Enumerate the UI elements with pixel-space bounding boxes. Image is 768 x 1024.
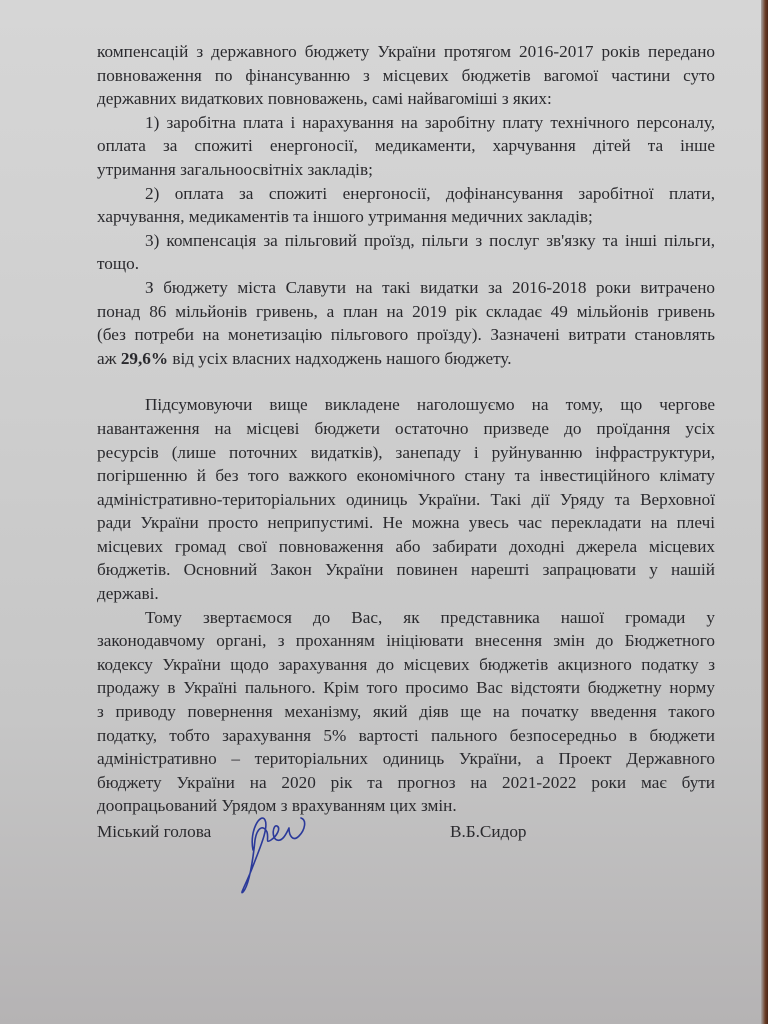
text-line: оплата за спожиті енергоносії, медикамен… — [97, 134, 715, 158]
paragraph-summary: Підсумовуючи вище викладене наголошуємо … — [97, 393, 715, 605]
signature-block: Міський голова В.Б.Сидор — [97, 822, 697, 902]
text-line: аж 29,6% від усіх власних надходжень наш… — [97, 347, 715, 371]
text-line: 1) заробітна плата і нарахування на заро… — [97, 111, 715, 135]
paragraph-intro: компенсацій з державного бюджету України… — [97, 40, 715, 111]
text-line: навантаження на місцеві бюджети остаточн… — [97, 417, 715, 441]
text-line: бюджетів. Основний Закон України повинен… — [97, 558, 715, 582]
signatory-name: В.Б.Сидор — [450, 822, 527, 842]
list-item-1: 1) заробітна плата і нарахування на заро… — [97, 111, 715, 182]
text-line: державних видаткових повноважень, самі н… — [97, 87, 715, 111]
letter-body: компенсацій з державного бюджету України… — [97, 40, 715, 818]
text-line: податку, тобто зарахування 5% вартості п… — [97, 724, 715, 748]
text-line: бюджету України на 2020 рік та прогноз н… — [97, 771, 715, 795]
text-line: 2) оплата за спожиті енергоносії, дофіна… — [97, 182, 715, 206]
paragraph-slavuta-spending: З бюджету міста Славути на такі видатки … — [97, 276, 715, 370]
text-line: харчування, медикаментів та іншого утрим… — [97, 205, 715, 229]
text-line: кодексу України щодо зарахування до місц… — [97, 653, 715, 677]
text-line: місцевих громад свої повноваження або за… — [97, 535, 715, 559]
text-line: продажу в Україні пального. Крім того пр… — [97, 676, 715, 700]
text-line: Тому звертаємося до Вас, як представника… — [97, 606, 715, 630]
text-line: з приводу повернення механізму, який дія… — [97, 700, 715, 724]
text-fragment: аж — [97, 349, 121, 368]
desk-edge — [761, 0, 768, 1024]
text-line: понад 86 мільйонів гривень, а план на 20… — [97, 300, 715, 324]
text-line: доопрацьований Урядом з врахуванням цих … — [97, 794, 715, 818]
text-line: тощо. — [97, 252, 715, 276]
text-line: ради України просто неприпустимі. Не мож… — [97, 511, 715, 535]
text-line: погіршенню й без того важкого економічно… — [97, 464, 715, 488]
text-line: адміністративно – територіальних одиниць… — [97, 747, 715, 771]
text-line: повноваження по фінансуванню з місцевих … — [97, 64, 715, 88]
text-line: Підсумовуючи вище викладене наголошуємо … — [97, 393, 715, 417]
paragraph-spacer — [97, 370, 715, 393]
text-line: 3) компенсація за пільговий проїзд, піль… — [97, 229, 715, 253]
text-line: ресурсів (лише поточних видатків), занеп… — [97, 441, 715, 465]
list-item-2: 2) оплата за спожиті енергоносії, дофіна… — [97, 182, 715, 229]
signatory-role: Міський голова — [97, 822, 211, 842]
list-item-3: 3) компенсація за пільговий проїзд, піль… — [97, 229, 715, 276]
paragraph-request: Тому звертаємося до Вас, як представника… — [97, 606, 715, 818]
text-line: З бюджету міста Славути на такі видатки … — [97, 276, 715, 300]
text-line: компенсацій з державного бюджету України… — [97, 40, 715, 64]
percentage-highlight: 29,6% — [121, 349, 168, 368]
text-line: законодавчому органі, з проханням ініцію… — [97, 629, 715, 653]
text-line: утримання загальноосвітніх закладів; — [97, 158, 715, 182]
text-fragment: від усіх власних надходжень нашого бюдже… — [168, 349, 511, 368]
text-line: адміністративно-територіальних одиниць У… — [97, 488, 715, 512]
text-line: (без потреби на монетизацію пільгового п… — [97, 323, 715, 347]
text-line: державі. — [97, 582, 715, 606]
handwritten-signature-icon — [231, 810, 331, 898]
